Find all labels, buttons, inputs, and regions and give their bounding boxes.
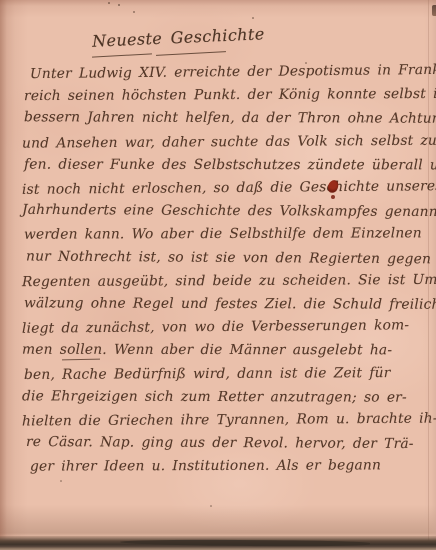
- manuscript-line: wälzung ohne Regel und festes Ziel. die …: [24, 295, 436, 312]
- manuscript-line: reich seinen höchsten Punkt. der König k…: [24, 86, 436, 104]
- title-underline: [156, 51, 226, 56]
- manuscript-line: re Cäsar. Nap. ging aus der Revol. hervo…: [26, 434, 414, 452]
- page-title: Neueste Geschichte: [92, 24, 265, 51]
- manuscript-line: men sollen. Wenn aber die Männer ausgele…: [22, 342, 392, 359]
- manuscript-page-photo: Neueste Geschichte Unter Ludwig XIV. err…: [0, 0, 436, 550]
- manuscript-line: die Ehrgeizigen sich zum Retter anzutrag…: [22, 388, 407, 405]
- manuscript-line: bessern Jahren nicht helfen, da der Thro…: [24, 110, 436, 127]
- manuscript-line: und Ansehen war, daher suchte das Volk s…: [22, 132, 436, 151]
- paper-speck: [108, 2, 110, 4]
- manuscript-line: hielten die Griechen ihre Tyrannen, Rom …: [22, 411, 436, 430]
- paper-speck: [118, 4, 120, 6]
- manuscript-line: werden kann. Wo aber die Selbsthilfe dem…: [24, 226, 422, 243]
- title-underline: [92, 53, 152, 58]
- paper-speck: [210, 505, 212, 507]
- manuscript-line: fen. dieser Funke des Selbstschutzes zün…: [24, 156, 436, 173]
- paper-speck: [60, 480, 62, 482]
- manuscript-line: Unter Ludwig XIV. erreichte der Despotis…: [30, 62, 436, 82]
- paper-speck: [305, 62, 307, 64]
- manuscript-line: ist noch nicht erloschen, so daß die Ges…: [22, 178, 436, 198]
- paper-speck: [364, 120, 366, 122]
- manuscript-line: nur Nothrecht ist, so ist sie von den Re…: [26, 248, 436, 267]
- manuscript-line: Jahrhunderts eine Geschichte des Volkska…: [22, 202, 436, 220]
- manuscript-line: Regenten ausgeübt, sind beide zu scheide…: [22, 272, 436, 290]
- word-underline: [62, 359, 100, 361]
- ink-blot-speck: [331, 195, 335, 199]
- paper-speck: [133, 11, 135, 13]
- manuscript-line: liegt da zunächst, von wo die Verbesseru…: [22, 317, 409, 336]
- manuscript-line: ben, Rache Bedürfniß wird, dann ist die …: [24, 365, 391, 383]
- paper-speck: [252, 17, 254, 19]
- paper-speck: [330, 90, 332, 92]
- paper-speck: [395, 300, 397, 302]
- manuscript-line: ger ihrer Ideen u. Institutionen. Als er…: [30, 458, 381, 475]
- top-right-edge-mark: [432, 5, 436, 16]
